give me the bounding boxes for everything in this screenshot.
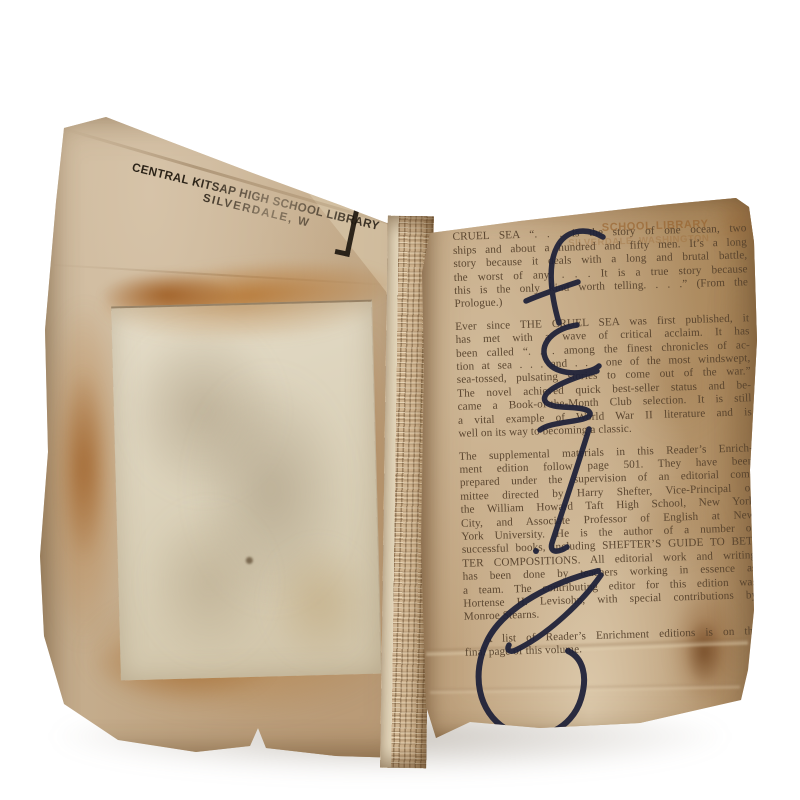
- stained-pastedown-panel: [111, 300, 382, 681]
- left-page-inside-cover: CENTRAL KITSAP HIGH SCHOOL LIBRARY SILVE…: [38, 114, 410, 766]
- paragraph: Ever since THE CRUEL SEA was first publi…: [455, 312, 752, 441]
- glue-stain: [62, 372, 106, 558]
- water-stain: [265, 540, 372, 665]
- paragraph: THECRUEL SEA “. . . is the story of one …: [452, 209, 749, 312]
- book-photo: CENTRAL KITSAP HIGH SCHOOL LIBRARY SILVE…: [0, 0, 800, 800]
- water-stain: [111, 300, 376, 343]
- paragraph: A list of Reader’s Enrichment editions i…: [464, 625, 759, 661]
- paragraph: The supplemental materials in this Reade…: [459, 442, 758, 625]
- right-page-blurb: SCHOOL LIBRARY SILVERDALE, WASHINGTON TH…: [416, 192, 762, 744]
- page-text: THECRUEL SEA “. . . is the story of one …: [452, 209, 759, 669]
